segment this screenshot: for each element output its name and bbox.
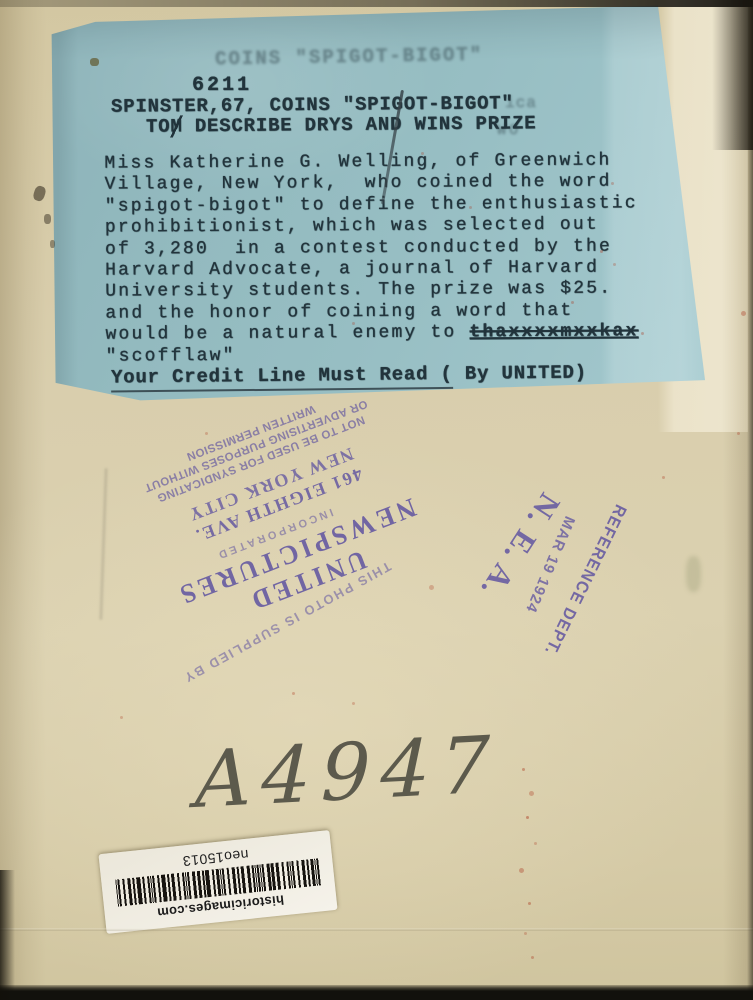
dark-edge-mark: [50, 240, 55, 248]
crossed-out-text: thaxxxxmxxkax: [469, 322, 638, 343]
caption-line: prohibitionist, which was selected out: [105, 215, 638, 240]
caption-line: University students. The prize was $25.: [105, 279, 638, 304]
dark-edge-mark: [44, 214, 51, 224]
photo-right-edge: [747, 0, 753, 1000]
paper-crease: [0, 928, 753, 931]
united-newspictures-stamp: THIS PHOTO IS SUPPLIED BY UNITED NEWSPIC…: [71, 359, 499, 686]
photo-bottom-edge: [0, 985, 753, 1000]
caption-body: Miss Katherine G. Welling, of Greenwich …: [104, 150, 638, 367]
caption-label: COINS "SPIGOT-BIGOT" ica WO 6211 SPINSTE…: [45, 4, 707, 402]
barcode-sticker: historicimages.com neo15013: [98, 830, 337, 934]
reference-dept-stamp: REFERENCE DEPT.: [533, 487, 637, 673]
pencil-streak: [99, 468, 107, 620]
caption-number: 6211: [192, 74, 252, 97]
stamp-arc-line: THIS PHOTO IS SUPPLIED BY: [117, 524, 457, 721]
date-stamp: MAR 19 1924: [516, 500, 584, 630]
nea-stamp: N. E. A.: [464, 473, 576, 618]
photo-top-edge: [0, 0, 753, 7]
photo-corner-shadow: [0, 870, 15, 1000]
stamp-incorporated: INCORPORATED: [95, 460, 454, 607]
ghost-typed-header: COINS "SPIGOT-BIGOT": [215, 44, 483, 71]
stamp-city: NEW YORK CITY: [89, 406, 451, 562]
caption-line-crossed: would be a natural enemy to thaxxxxmxxka…: [105, 322, 638, 347]
caption-line: Village, New York, who coined the word: [104, 172, 637, 197]
stamp-address: 461 EIGHTH AVE.: [97, 427, 459, 583]
credit-line: Your Credit Line Must Read ( By UNITED): [111, 362, 587, 389]
stamp-agency-name: UNITED NEWSPICTURES: [120, 472, 483, 661]
green-smudge: [686, 556, 701, 592]
photo-verso: COINS "SPIGOT-BIGOT" ica WO 6211 SPINSTE…: [0, 0, 753, 1000]
caption-headline-2: TOM DESCRIBE DRYS AND WINS PRIZE: [146, 112, 537, 137]
stamp-restriction: NOT TO BE USED FOR SYNDICATING: [81, 385, 440, 532]
dark-edge-mark: [32, 185, 47, 203]
overstruck-letter: M: [170, 115, 182, 137]
handwritten-archive-number: A4947: [194, 720, 500, 826]
olive-speck: [90, 58, 99, 66]
